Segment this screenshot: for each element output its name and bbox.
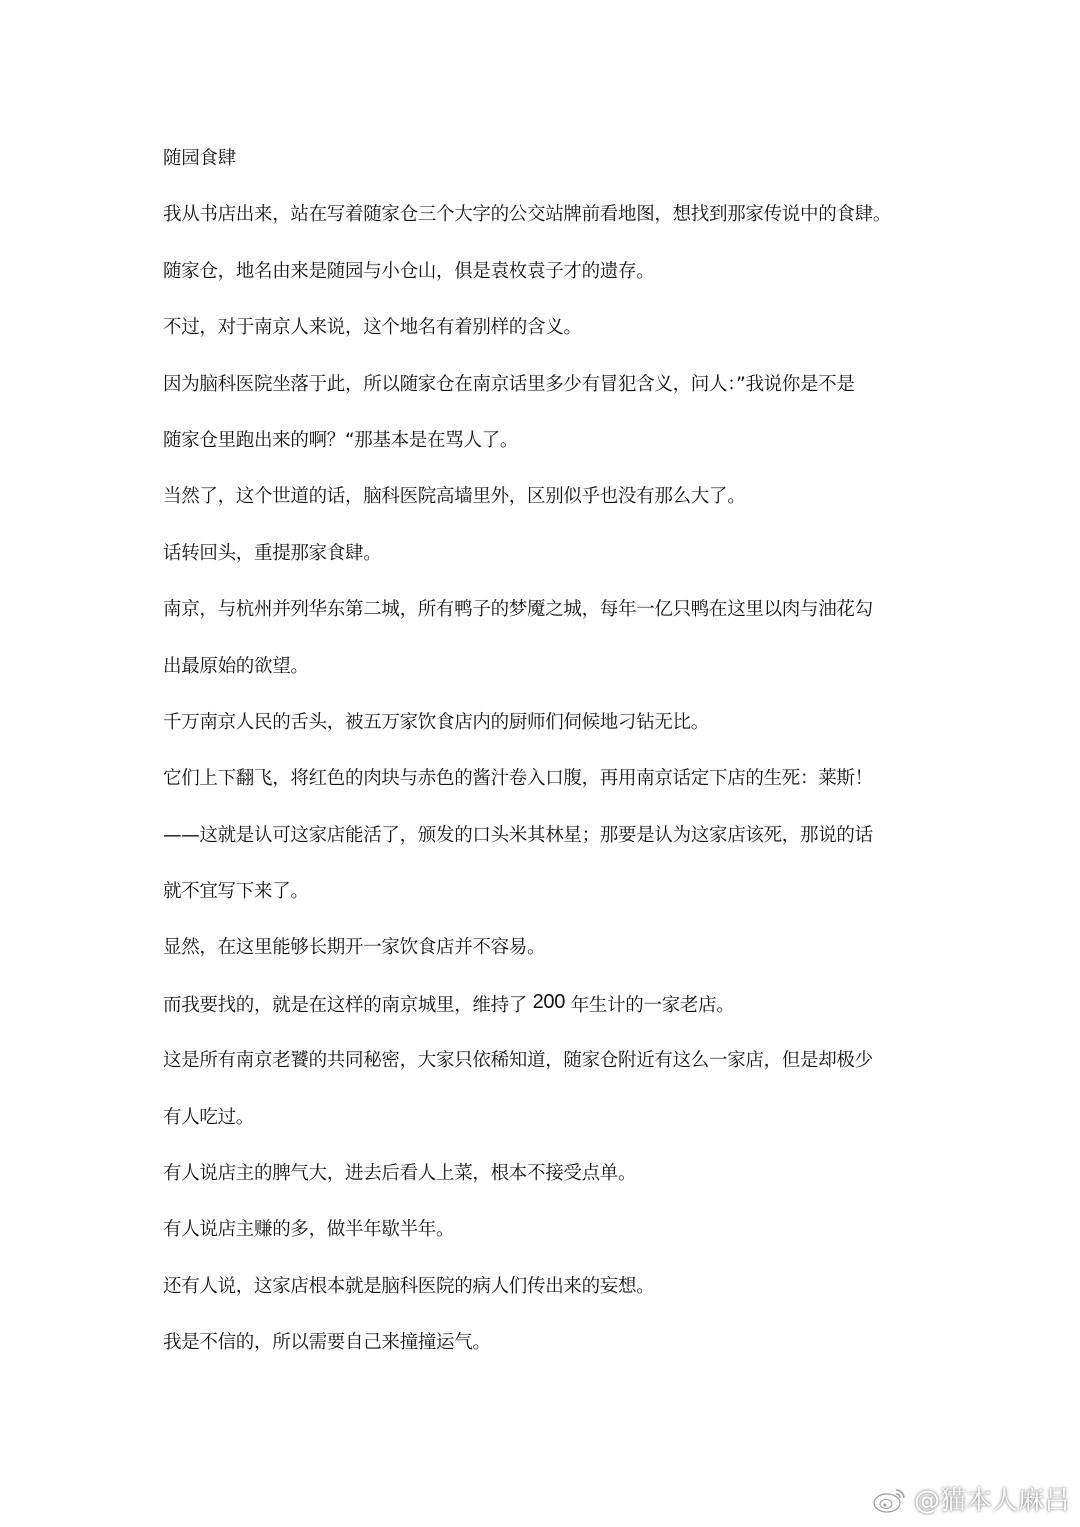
paragraph-line: 这是所有南京老饕的共同秘密，大家只依稀知道，随家仓附近有这么一家店，但是却极少 (163, 1046, 923, 1102)
year-count: 200 (533, 991, 565, 1013)
paragraph-line: 还有人说，这家店根本就是脑科医院的病人们传出来的妄想。 (163, 1272, 923, 1328)
paragraph-line: 有人吃过。 (163, 1103, 923, 1159)
paragraph-line: 我从书店出来，站在写着随家仓三个大字的公交站牌前看地图，想找到那家传说中的食肆。 (163, 200, 923, 256)
document-body: 随园食肆 我从书店出来，站在写着随家仓三个大字的公交站牌前看地图，想找到那家传说… (163, 144, 923, 1385)
paragraph-line: 出最原始的欲望。 (163, 652, 923, 708)
weibo-icon (872, 1484, 908, 1514)
paragraph-line: 千万南京人民的舌头，被五万家饮食店内的厨师们伺候地刁钻无比。 (163, 708, 923, 764)
paragraph-line: 有人说店主的脾气大，进去后看人上菜，根本不接受点单。 (163, 1159, 923, 1215)
paragraph-line: 有人说店主赚的多，做半年歇半年。 (163, 1215, 923, 1271)
document-title: 随园食肆 (163, 144, 923, 200)
paragraph-line: 因为脑科医院坐落于此，所以随家仓在南京话里多少有冒犯含义，问人：”我说你是不是 (163, 370, 923, 426)
paragraph-line: 就不宜写下来了。 (163, 877, 923, 933)
paragraph-line: 当然了，这个世道的话，脑科医院高墙里外，区别似乎也没有那么大了。 (163, 482, 923, 538)
paragraph-line: 它们上下翻飞，将红色的肉块与赤色的酱汁卷入口腹，再用南京话定下店的生死：莱斯！ (163, 764, 923, 820)
watermark-text: @猫本人麻吕 (914, 1480, 1070, 1517)
line-prefix: 而我要找的，就是在这样的南京城里，维持了 (163, 995, 527, 1016)
paragraph-line: 不过，对于南京人来说，这个地名有着别样的含义。 (163, 313, 923, 369)
paragraph-line: 随家仓里跑出来的啊？“那基本是在骂人了。 (163, 426, 923, 482)
weibo-watermark: @猫本人麻吕 (872, 1480, 1070, 1517)
paragraph-line: ——这就是认可这家店能活了，颁发的口头米其林星；那要是认为这家店该死，那说的话 (163, 821, 923, 877)
paragraph-line: 显然，在这里能够长期开一家饮食店并不容易。 (163, 933, 923, 989)
paragraph-line: 南京，与杭州并列华东第二城，所有鸭子的梦魇之城，每年一亿只鸭在这里以肉与油花勾 (163, 595, 923, 651)
paragraph-line: 我是不信的，所以需要自己来撞撞运气。 (163, 1328, 923, 1384)
line-suffix: 年生计的一家老店。 (571, 995, 735, 1016)
paragraph-line-200-years: 而我要找的，就是在这样的南京城里，维持了 200 年生计的一家老店。 (163, 990, 923, 1046)
paragraph-line: 随家仓，地名由来是随园与小仓山，俱是袁枚袁子才的遗存。 (163, 257, 923, 313)
paragraph-line: 话转回头，重提那家食肆。 (163, 539, 923, 595)
